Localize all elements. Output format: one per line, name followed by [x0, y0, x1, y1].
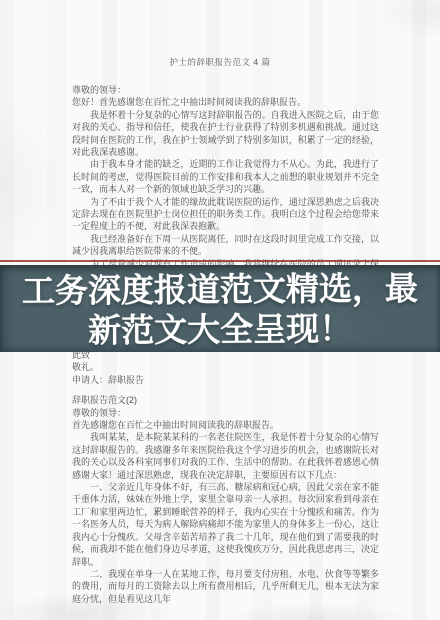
scanned-document-screenshot: { "document": { "title": "护士的辞职报告范文 4 篇"…: [0, 0, 440, 620]
letter-2-paragraph: 一、父亲近几年身体不好，有三高、糖尿病和冠心病，因此父亲在家不能干重体力活，妹妹…: [72, 481, 379, 568]
letter-2-greeting: 首先感谢您在百忙之中抽出时间阅读我的辞职报告。: [72, 419, 379, 431]
promo-banner-text: 工务深度报道范文精选，最 新范文大全呈现！: [0, 263, 440, 353]
letter-1-paragraph: 我已经准备好在下周一从医院离任，同时在这段时间里完成工作交接，以减少因我离职给医…: [72, 233, 379, 258]
letter-2-salutation: 尊敬的领导：: [72, 407, 379, 419]
letter-2-paragraph: 二、我现在单身一人在某地工作，每月要支付房租、水电、伙食等等繁多的费用，而每月的…: [72, 568, 379, 605]
letter-1-signature: 申请人：辞职报告: [72, 374, 379, 386]
letter-2: 此致 敬礼。 申请人：辞职报告 辞职报告范文(2) 尊敬的领导： 首先感谢您在百…: [72, 349, 379, 605]
letter-1-paragraph: 由于我本身才能的缺乏，近期的工作让我觉得力不从心。为此，我进行了长时间的考虑，觉…: [72, 158, 379, 195]
document-title: 护士的辞职报告范文 4 篇: [0, 56, 440, 68]
letter-1-greeting: 您好！首先感谢您在百忙之中抽出时间阅读我的辞职报告。: [72, 96, 379, 108]
letter-1-paragraph: 为了不由于我个人才能的缘故此耽误医院的运作，通过深思熟虑之后我决定辞去现在在医院…: [72, 196, 379, 233]
letter-1-salutation: 尊敬的领导：: [72, 84, 379, 96]
banner-top-rule: [0, 260, 440, 262]
letter-2-heading: 辞职报告范文(2): [72, 394, 379, 406]
letter-1-paragraph: 我是怀着十分复杂的心情写这封辞职报告的。自我进入医院之后，由于您对我的关心、指导…: [72, 109, 379, 159]
promo-banner-overlay: 工务深度报道范文精选，最 新范文大全呈现！: [0, 265, 440, 352]
promo-banner-line-1: 工务深度报道范文精选，最: [22, 268, 418, 311]
promo-banner-line-2: 新范文大全呈现！: [88, 309, 352, 351]
letter-2-paragraph: 我叫某某，是本院某某科的一名老住院医生，我是怀着十分复杂的心情写这封辞职报告的。…: [72, 431, 379, 481]
letter-1-closing: 敬礼。: [72, 361, 379, 373]
